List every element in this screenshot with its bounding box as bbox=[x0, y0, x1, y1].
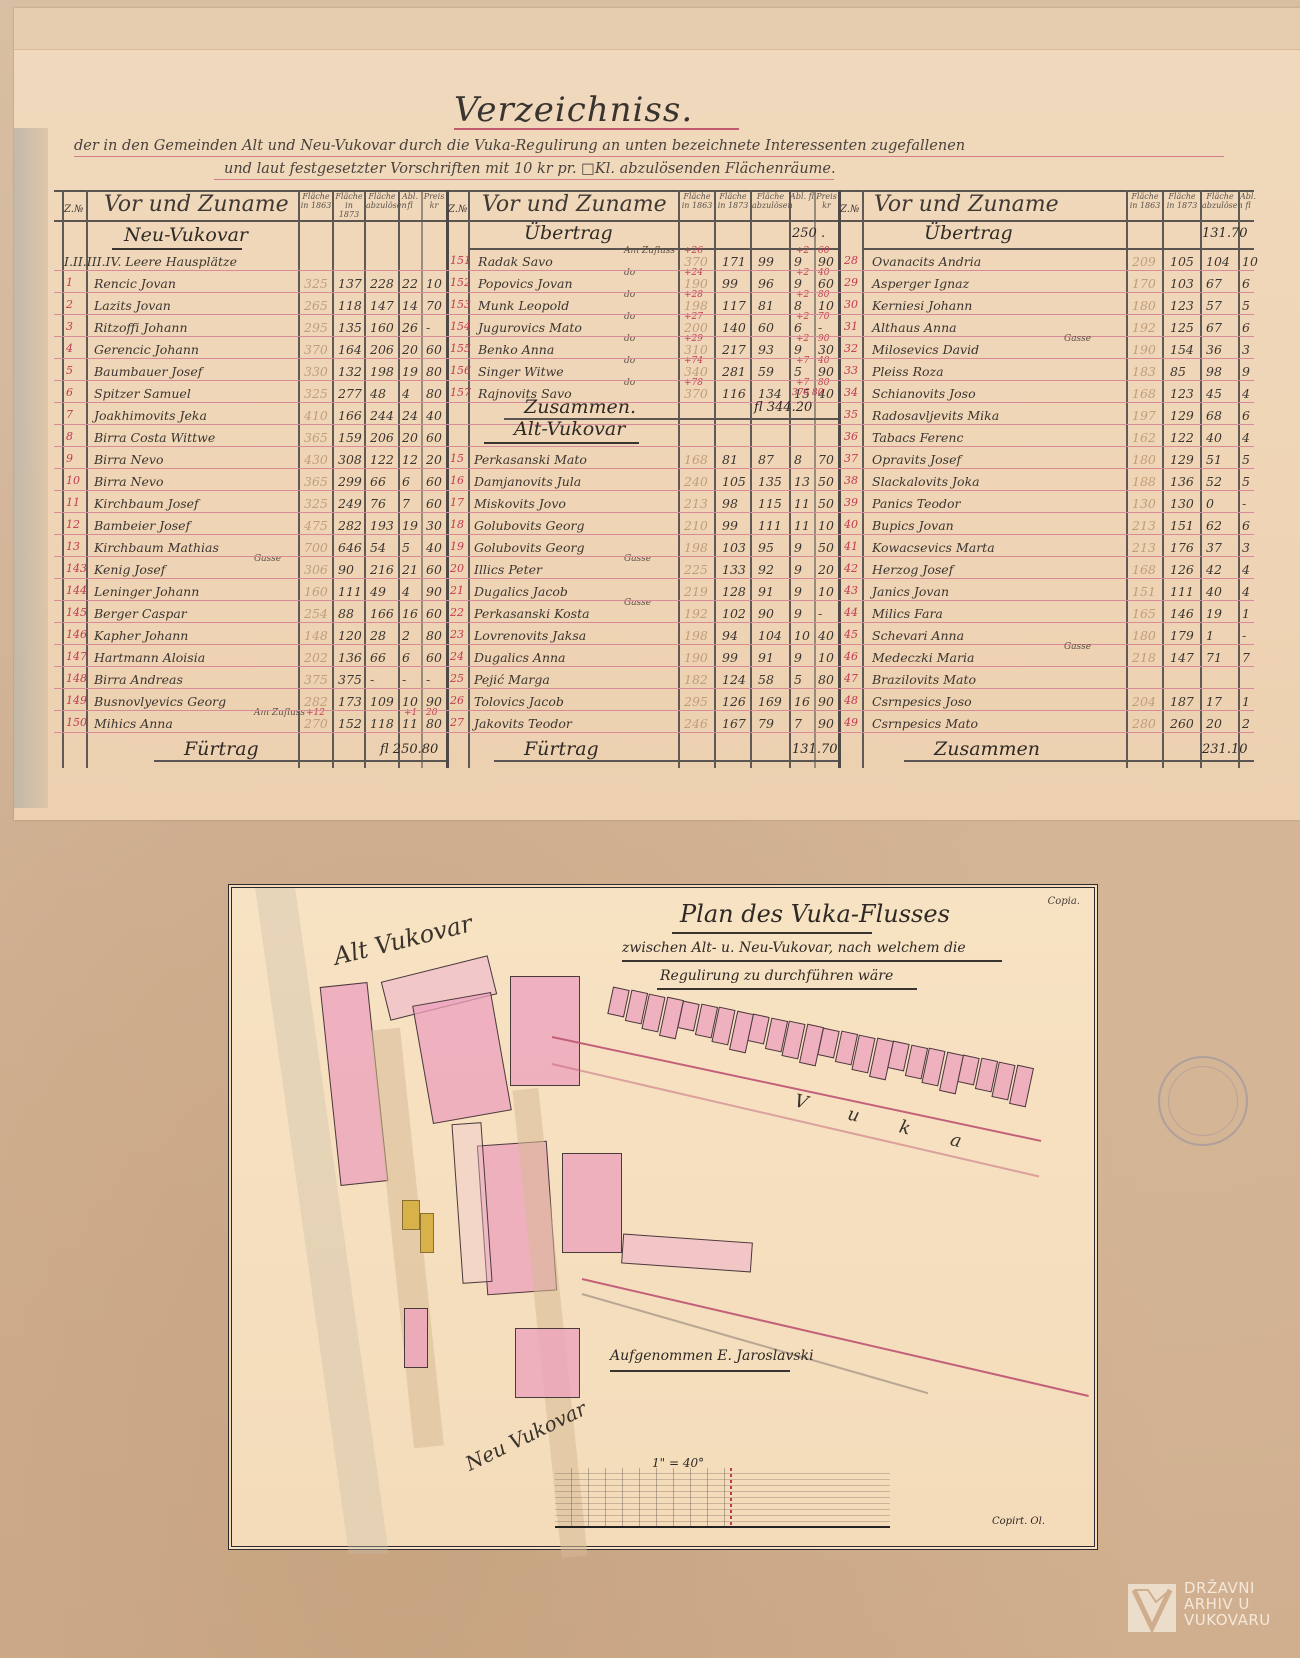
area-removed: 68 bbox=[1206, 408, 1222, 423]
amount-fl: 4 bbox=[1242, 584, 1250, 599]
register-sheet: Verzeichniss. der in den Gemeinden Alt u… bbox=[14, 8, 1300, 820]
area-1863: 188 bbox=[1132, 474, 1156, 489]
header-nr: Z.№ bbox=[840, 204, 859, 215]
row-number: 36 bbox=[844, 430, 858, 443]
person-name: Althaus Anna bbox=[872, 320, 957, 335]
header-kr: Preis kr bbox=[815, 192, 838, 210]
grand-total: 231.10 bbox=[1202, 742, 1248, 757]
section-neu-vukovar: Neu-Vukovar bbox=[124, 224, 248, 246]
row-number: 47 bbox=[844, 672, 858, 685]
header-area-1863: Fläche in 1863 bbox=[300, 192, 332, 210]
area-1873: 85 bbox=[1170, 364, 1186, 379]
person-name: Kerniesi Johann bbox=[872, 298, 972, 313]
person-name: Csrnpesics Joso bbox=[872, 694, 972, 709]
area-removed: 57 bbox=[1206, 298, 1222, 313]
area-removed: 71 bbox=[1206, 650, 1222, 665]
person-name: Csrnpesics Mato bbox=[872, 716, 978, 731]
header-area-1873: Fläche in 1873 bbox=[716, 192, 750, 210]
surveyor-underline bbox=[610, 1370, 790, 1372]
footer-rule bbox=[154, 760, 446, 762]
scale-bar-divider bbox=[730, 1468, 732, 1526]
ruled-line bbox=[54, 490, 1254, 491]
area-1863: 183 bbox=[1132, 364, 1156, 379]
ruled-line bbox=[54, 292, 1254, 293]
person-name: Bupics Jovan bbox=[872, 518, 954, 533]
person-name: Herzog Josef bbox=[872, 562, 953, 577]
title-underline bbox=[454, 128, 739, 130]
area-1863: 130 bbox=[1132, 496, 1156, 511]
area-1863: 170 bbox=[1132, 276, 1156, 291]
register-subtitle-line2: und laut festgesetzter Vorschriften mit … bbox=[224, 161, 836, 177]
ruled-line bbox=[54, 556, 1254, 557]
sheet-top-strip bbox=[14, 8, 1300, 50]
area-removed: 52 bbox=[1206, 474, 1222, 489]
area-1873: 154 bbox=[1170, 342, 1194, 357]
area-removed: 1 bbox=[1206, 628, 1214, 643]
header-area-1863: Fläche in 1863 bbox=[1128, 192, 1162, 210]
v-logo-icon bbox=[1128, 1584, 1176, 1632]
row-number: 33 bbox=[844, 364, 858, 377]
row-number: 46 bbox=[844, 650, 858, 663]
carry-forward-label: Fürtrag bbox=[184, 738, 259, 760]
ruled-line bbox=[54, 578, 1254, 579]
table-row: 32Milosevics DavidGasse190154363 bbox=[54, 338, 1254, 360]
area-removed: 104 bbox=[1206, 254, 1230, 269]
amount-fl: 4 bbox=[1242, 562, 1250, 577]
row-number: 29 bbox=[844, 276, 858, 289]
ruled-line bbox=[54, 424, 1254, 425]
archive-name-line3: VUKOVARU bbox=[1184, 1612, 1271, 1628]
area-1863: 192 bbox=[1132, 320, 1156, 335]
map-title-line3: Regulirung zu durchführen wäre bbox=[660, 968, 893, 984]
person-name: Medeczki Maria bbox=[872, 650, 974, 665]
amount-fl: 1 bbox=[1242, 606, 1250, 621]
row-number: 30 bbox=[844, 298, 858, 311]
copied-by: Copirt. Ol. bbox=[992, 1516, 1045, 1527]
area-removed: 67 bbox=[1206, 320, 1222, 335]
archive-name-line2: ARHIV U bbox=[1184, 1596, 1271, 1612]
amount-fl: - bbox=[1242, 496, 1246, 511]
ruled-line bbox=[54, 622, 1254, 623]
label-river-vuka: V u k a bbox=[792, 1090, 981, 1156]
amount-fl: 5 bbox=[1242, 474, 1250, 489]
footer-rule bbox=[494, 760, 838, 762]
surveyor-note: Aufgenommen E. Jaroslavski bbox=[610, 1348, 814, 1364]
parcel-block bbox=[404, 1308, 428, 1368]
table-row: 28Ovanacits Andria20910510410 bbox=[54, 250, 1254, 272]
area-1873: 129 bbox=[1170, 408, 1194, 423]
row-number: 43 bbox=[844, 584, 858, 597]
map-sheet: Copia. Alt Vukovar Neu Vukovar V u k a P… bbox=[228, 884, 1098, 1550]
scale-bar-ticks bbox=[555, 1468, 730, 1526]
area-1873: 130 bbox=[1170, 496, 1194, 511]
area-1863: 168 bbox=[1132, 562, 1156, 577]
subtotal-pre: 376 80 bbox=[792, 388, 824, 398]
area-1863: 213 bbox=[1132, 540, 1156, 555]
table-row: 47Brazilovits Mato bbox=[54, 668, 1254, 690]
table-row: 36Tabacs Ferenc162122404 bbox=[54, 426, 1254, 448]
archive-logo-icon bbox=[1128, 1584, 1176, 1632]
area-1873: 146 bbox=[1170, 606, 1194, 621]
ruled-line bbox=[54, 666, 1254, 667]
amount-fl: 3 bbox=[1242, 540, 1250, 555]
area-removed: 0 bbox=[1206, 496, 1214, 511]
amount-fl: 6 bbox=[1242, 518, 1250, 533]
table-row: 44Milics Fara165146191 bbox=[54, 602, 1254, 624]
person-name: Opravits Josef bbox=[872, 452, 961, 467]
person-name: Milosevics David bbox=[872, 342, 979, 357]
row-number: 40 bbox=[844, 518, 858, 531]
table-row: 34Schianovits Joso168123454 bbox=[54, 382, 1254, 404]
ruled-line bbox=[54, 358, 1254, 359]
title-underline bbox=[657, 988, 917, 990]
total-label: Zusammen bbox=[934, 738, 1040, 760]
archive-name: DRŽAVNI ARHIV U VUKOVARU bbox=[1184, 1580, 1271, 1628]
title-underline bbox=[672, 932, 872, 934]
register-subtitle-line1: der in den Gemeinden Alt und Neu-Vukovar… bbox=[74, 138, 965, 154]
area-1873: 111 bbox=[1170, 584, 1194, 599]
area-1873: 136 bbox=[1170, 474, 1194, 489]
area-removed: 37 bbox=[1206, 540, 1222, 555]
amount-fl: 6 bbox=[1242, 276, 1250, 291]
person-name: Panics Teodor bbox=[872, 496, 961, 511]
area-removed: 36 bbox=[1206, 342, 1222, 357]
paper-tear bbox=[14, 128, 48, 808]
carry-forward-label: Fürtrag bbox=[524, 738, 599, 760]
carry-over-total: 131.70 bbox=[1202, 226, 1248, 241]
amount-fl: 10 bbox=[1242, 254, 1258, 269]
header-kr: Preis kr bbox=[422, 192, 446, 210]
row-number: 48 bbox=[844, 694, 858, 707]
header-name: Vor und Zuname bbox=[874, 192, 1059, 217]
person-name: Ovanacits Andria bbox=[872, 254, 981, 269]
row-number: 41 bbox=[844, 540, 858, 553]
amount-fl: 3 bbox=[1242, 342, 1250, 357]
ruled-line bbox=[54, 402, 1254, 403]
header-nr: Z.№ bbox=[448, 204, 467, 215]
area-1863: 218 bbox=[1132, 650, 1156, 665]
table-row: 41Kowacsevics Marta213176373 bbox=[54, 536, 1254, 558]
row-number: 42 bbox=[844, 562, 858, 575]
row-number: 45 bbox=[844, 628, 858, 641]
table-row: 38Slackalovits Joka188136525 bbox=[54, 470, 1254, 492]
table-row: 30Kerniesi Johann180123575 bbox=[54, 294, 1254, 316]
table-row: 46Medeczki MariaGasse218147717 bbox=[54, 646, 1254, 668]
row-note: Gasse bbox=[1064, 334, 1091, 344]
area-removed: 67 bbox=[1206, 276, 1222, 291]
ruled-line bbox=[54, 380, 1254, 381]
row-number: 35 bbox=[844, 408, 858, 421]
map-title-line2: zwischen Alt- u. Neu-Vukovar, nach welch… bbox=[622, 940, 966, 956]
person-name: Slackalovits Joka bbox=[872, 474, 980, 489]
table-row: 33Pleiss Roza18385989 bbox=[54, 360, 1254, 382]
archive-name-line1: DRŽAVNI bbox=[1184, 1580, 1271, 1596]
row-number: 38 bbox=[844, 474, 858, 487]
row-number: 34 bbox=[844, 386, 858, 399]
amount-fl: 6 bbox=[1242, 408, 1250, 423]
parcel-block bbox=[515, 1328, 580, 1398]
footer-rule bbox=[904, 760, 1254, 762]
map-title-line1: Plan des Vuka-Flusses bbox=[680, 900, 950, 928]
carry-forward-total: fl 250.80 bbox=[380, 742, 438, 757]
area-1873: 151 bbox=[1170, 518, 1194, 533]
person-name: Janics Jovan bbox=[872, 584, 949, 599]
ruled-line bbox=[54, 468, 1254, 469]
header-area-1873: Fläche in 1873 bbox=[1164, 192, 1200, 210]
carry-over-label: Übertrag bbox=[924, 222, 1013, 244]
area-1873: 123 bbox=[1170, 386, 1194, 401]
ruled-line bbox=[54, 710, 1254, 711]
church-building bbox=[420, 1213, 434, 1253]
area-1863: 280 bbox=[1132, 716, 1156, 731]
table-row: 35Radosavljevits Mika197129686 bbox=[54, 404, 1254, 426]
ruled-line bbox=[54, 732, 1254, 733]
parcel-block bbox=[621, 1234, 753, 1273]
archive-watermark: DRŽAVNI ARHIV U VUKOVARU bbox=[1128, 1580, 1300, 1648]
person-name: Tabacs Ferenc bbox=[872, 430, 963, 445]
carry-over-total: 250 . bbox=[792, 226, 825, 241]
amount-fl: - bbox=[1242, 628, 1246, 643]
area-1873: 179 bbox=[1170, 628, 1194, 643]
table-row: 37Opravits Josef180129515 bbox=[54, 448, 1254, 470]
parcel-block bbox=[510, 976, 580, 1086]
archive-stamp bbox=[1158, 1056, 1248, 1146]
table-row: 42Herzog Josef168126424 bbox=[54, 558, 1254, 580]
header-area-1873: Fläche in 1873 bbox=[334, 192, 364, 219]
row-number: 37 bbox=[844, 452, 858, 465]
row-number: 49 bbox=[844, 716, 858, 729]
scale-bar bbox=[555, 1468, 890, 1528]
row-number: 44 bbox=[844, 606, 858, 619]
section-alt-vukovar: Alt-Vukovar bbox=[514, 418, 625, 440]
amount-fl: 9 bbox=[1242, 364, 1250, 379]
amount-fl: 2 bbox=[1242, 716, 1250, 731]
register-title: Verzeichniss. bbox=[454, 90, 693, 130]
copia-label: Copia. bbox=[1048, 896, 1080, 907]
header-area-removed: Fläche abzulösen bbox=[1202, 192, 1238, 210]
header-area-removed: Fläche abzulösen bbox=[752, 192, 789, 210]
section-underline bbox=[484, 442, 639, 444]
header-fl: Abl. fl bbox=[1240, 192, 1256, 210]
table-row: 49Csrnpesics Mato280260202 bbox=[54, 712, 1254, 734]
table-row: 43Janics Jovan151111404 bbox=[54, 580, 1254, 602]
area-removed: 40 bbox=[1206, 430, 1222, 445]
area-removed: 20 bbox=[1206, 716, 1222, 731]
ruled-line bbox=[54, 270, 1254, 271]
area-1863: 204 bbox=[1132, 694, 1156, 709]
area-1863: 213 bbox=[1132, 518, 1156, 533]
area-1873: 126 bbox=[1170, 562, 1194, 577]
header-bottom-rule bbox=[54, 220, 1254, 222]
person-name: Kowacsevics Marta bbox=[872, 540, 995, 555]
parcel-block bbox=[412, 992, 512, 1124]
river-line bbox=[582, 1293, 928, 1394]
row-number: 28 bbox=[844, 254, 858, 267]
area-1863: 190 bbox=[1132, 342, 1156, 357]
row-number: 31 bbox=[844, 320, 858, 333]
person-name: Schianovits Joso bbox=[872, 386, 976, 401]
area-1863: 151 bbox=[1132, 584, 1156, 599]
subtotal-total: fl 344.20 bbox=[754, 400, 812, 415]
person-name: Asperger Ignaz bbox=[872, 276, 969, 291]
area-1873: 260 bbox=[1170, 716, 1194, 731]
header-area-1863: Fläche in 1863 bbox=[680, 192, 714, 210]
area-1863: 162 bbox=[1132, 430, 1156, 445]
row-number: 39 bbox=[844, 496, 858, 509]
area-1873: 147 bbox=[1170, 650, 1194, 665]
area-1863: 197 bbox=[1132, 408, 1156, 423]
amount-fl: 4 bbox=[1242, 430, 1250, 445]
person-name: Pleiss Roza bbox=[872, 364, 944, 379]
area-1873: 122 bbox=[1170, 430, 1194, 445]
amount-fl: 7 bbox=[1242, 650, 1250, 665]
carry-over-label: Übertrag bbox=[524, 222, 613, 244]
area-1873: 103 bbox=[1170, 276, 1194, 291]
area-1863: 180 bbox=[1132, 452, 1156, 467]
subtitle-rule bbox=[214, 179, 834, 180]
row-number: 32 bbox=[844, 342, 858, 355]
area-1863: 209 bbox=[1132, 254, 1156, 269]
amount-fl: 1 bbox=[1242, 694, 1250, 709]
ruled-line bbox=[54, 512, 1254, 513]
area-removed: 42 bbox=[1206, 562, 1222, 577]
area-1863: 180 bbox=[1132, 628, 1156, 643]
table-row: 29Asperger Ignaz170103676 bbox=[54, 272, 1254, 294]
label-alt-vukovar: Alt Vukovar bbox=[331, 909, 475, 970]
amount-fl: 6 bbox=[1242, 320, 1250, 335]
header-nr: Z.№ bbox=[64, 204, 83, 215]
church-building bbox=[402, 1200, 420, 1230]
header-fl: Abl. fl bbox=[399, 192, 421, 210]
river-line bbox=[582, 1278, 1089, 1396]
ruled-line bbox=[54, 534, 1254, 535]
amount-fl: 4 bbox=[1242, 386, 1250, 401]
table-row: 48Csrnpesics Joso204187171 bbox=[54, 690, 1254, 712]
header-name: Vor und Zuname bbox=[482, 192, 667, 217]
area-1873: 176 bbox=[1170, 540, 1194, 555]
area-removed: 17 bbox=[1206, 694, 1222, 709]
area-removed: 45 bbox=[1206, 386, 1222, 401]
area-1873: 129 bbox=[1170, 452, 1194, 467]
amount-fl: 5 bbox=[1242, 452, 1250, 467]
area-removed: 40 bbox=[1206, 584, 1222, 599]
area-removed: 51 bbox=[1206, 452, 1222, 467]
ruled-line bbox=[54, 314, 1254, 315]
person-name: Milics Fara bbox=[872, 606, 943, 621]
ruled-line bbox=[54, 688, 1254, 689]
subtotal-label: Zusammen. bbox=[524, 396, 636, 418]
person-name: Radosavljevits Mika bbox=[872, 408, 999, 423]
parcel-block bbox=[562, 1153, 622, 1253]
header-fl: Abl. fl bbox=[790, 192, 814, 201]
header-name: Vor und Zuname bbox=[104, 192, 289, 217]
person-name: Brazilovits Mato bbox=[872, 672, 976, 687]
subtitle-rule bbox=[74, 156, 1224, 157]
register-table: Z.№ Vor und Zuname Fläche in 1863 Fläche… bbox=[54, 190, 1254, 768]
amount-fl: 5 bbox=[1242, 298, 1250, 313]
row-note: Gasse bbox=[1064, 642, 1091, 652]
area-1863: 165 bbox=[1132, 606, 1156, 621]
header-area-removed: Fläche abzulösen bbox=[366, 192, 398, 210]
table-row: 39Panics Teodor1301300- bbox=[54, 492, 1254, 514]
ruled-line bbox=[54, 446, 1254, 447]
area-removed: 98 bbox=[1206, 364, 1222, 379]
area-removed: 62 bbox=[1206, 518, 1222, 533]
person-name: Schevari Anna bbox=[872, 628, 964, 643]
title-underline bbox=[622, 960, 1002, 962]
area-removed: 19 bbox=[1206, 606, 1222, 621]
table-row: 40Bupics Jovan213151626 bbox=[54, 514, 1254, 536]
area-1863: 168 bbox=[1132, 386, 1156, 401]
area-1873: 125 bbox=[1170, 320, 1194, 335]
area-1863: 180 bbox=[1132, 298, 1156, 313]
area-1873: 105 bbox=[1170, 254, 1194, 269]
area-1873: 187 bbox=[1170, 694, 1194, 709]
area-1873: 123 bbox=[1170, 298, 1194, 313]
carry-forward-total: 131.70 bbox=[792, 742, 838, 757]
ruled-line bbox=[54, 600, 1254, 601]
